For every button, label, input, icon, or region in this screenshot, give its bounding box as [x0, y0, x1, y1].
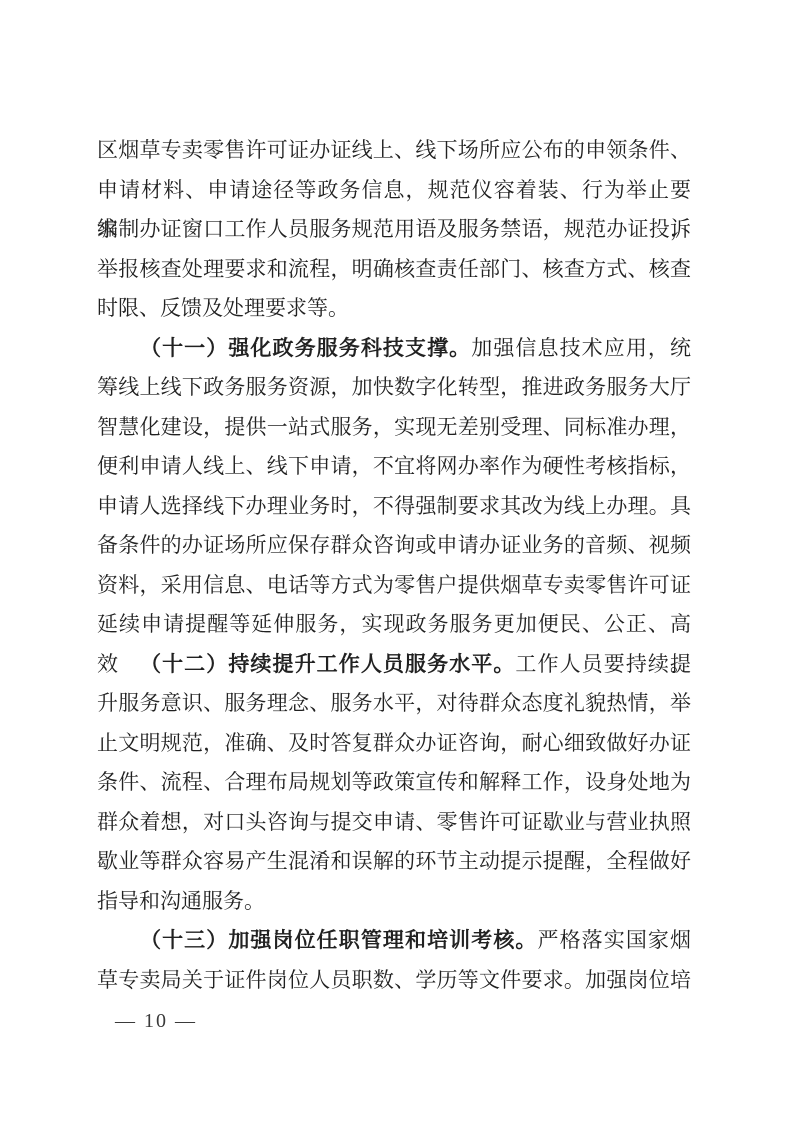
text-line-1: 区烟草专卖零售许可证办证线上、线下场所应公布的申领条件、 — [97, 131, 691, 171]
text-line-22: 草专卖局关于证件岗位人员职数、学历等文件要求。加强岗位培 — [97, 961, 691, 1001]
text-line-5: 时限、反馈及处理要求等。 — [97, 289, 691, 329]
line-text: 指导和沟通服务。 — [97, 889, 265, 913]
line-text: 工作人员要持续提 — [515, 652, 691, 676]
line-text: 申请人选择线下办理业务时，不得强制要求其改为线上办理。具 — [97, 494, 691, 518]
line-text: 歇业等群众容易产生混淆和误解的环节主动提示提醒，全程做好 — [97, 849, 691, 873]
page-number: — 10 — — [115, 1010, 197, 1033]
line-text: 时限、反馈及处理要求等。 — [97, 296, 349, 320]
line-text: 便利申请人线上、线下申请，不宜将网办率作为硬性考核指标， — [97, 454, 691, 478]
line-text: 止文明规范，准确、及时答复群众办证咨询，耐心细致做好办证 — [97, 731, 691, 755]
clause-heading: （十一）强化政务服务科技支撑。 — [140, 336, 471, 360]
text-line-8: 智慧化建设，提供一站式服务，实现无差别受理、同标准办理， — [97, 408, 691, 448]
text-line-2: 申请材料、申请途径等政务信息，规范仪容着装、行为举止要求， — [97, 171, 691, 211]
document-body: 区烟草专卖零售许可证办证线上、线下场所应公布的申领条件、申请材料、申请途径等政务… — [97, 131, 691, 1000]
line-text: 智慧化建设，提供一站式服务，实现无差别受理、同标准办理， — [97, 415, 691, 439]
text-line-19: 歇业等群众容易产生混淆和误解的环节主动提示提醒，全程做好 — [97, 842, 691, 882]
text-line-6: （十一）强化政务服务科技支撑。加强信息技术应用，统 — [97, 329, 691, 369]
line-text: 资料，采用信息、电话等方式为零售户提供烟草专卖零售许可证 — [97, 573, 691, 597]
line-text: 群众着想，对口头咨询与提交申请、零售许可证歇业与营业执照 — [97, 810, 691, 834]
line-text: 编制办证窗口工作人员服务规范用语及服务禁语，规范办证投诉 — [97, 217, 691, 241]
text-line-21: （十三）加强岗位任职管理和培训考核。严格落实国家烟 — [97, 921, 691, 961]
line-text: 条件、流程、合理布局规划等政策宣传和解释工作，设身处地为 — [97, 770, 691, 794]
text-line-3: 编制办证窗口工作人员服务规范用语及服务禁语，规范办证投诉 — [97, 210, 691, 250]
text-line-9: 便利申请人线上、线下申请，不宜将网办率作为硬性考核指标， — [97, 447, 691, 487]
line-text: 区烟草专卖零售许可证办证线上、线下场所应公布的申领条件、 — [97, 138, 691, 162]
clause-heading: （十三）加强岗位任职管理和培训考核。 — [140, 928, 538, 952]
text-line-10: 申请人选择线下办理业务时，不得强制要求其改为线上办理。具 — [97, 487, 691, 527]
text-line-18: 群众着想，对口头咨询与提交申请、零售许可证歇业与营业执照 — [97, 803, 691, 843]
text-line-20: 指导和沟通服务。 — [97, 882, 691, 922]
line-text: 筹线上线下政务服务资源，加快数字化转型，推进政务服务大厅 — [97, 375, 691, 399]
line-text: 备条件的办证场所应保存群众咨询或申请办证业务的音频、视频 — [97, 533, 691, 557]
text-line-7: 筹线上线下政务服务资源，加快数字化转型，推进政务服务大厅 — [97, 368, 691, 408]
text-line-15: 升服务意识、服务理念、服务水平，对待群众态度礼貌热情，举 — [97, 684, 691, 724]
line-text: 草专卖局关于证件岗位人员职数、学历等文件要求。加强岗位培 — [97, 968, 691, 992]
line-text: 升服务意识、服务理念、服务水平，对待群众态度礼貌热情，举 — [97, 691, 691, 715]
clause-heading: （十二）持续提升工作人员服务水平。 — [140, 652, 515, 676]
text-line-4: 举报核查处理要求和流程，明确核查责任部门、核查方式、核查 — [97, 250, 691, 290]
text-line-14: （十二）持续提升工作人员服务水平。工作人员要持续提 — [97, 645, 691, 685]
text-line-13: 延续申请提醒等延伸服务，实现政务服务更加便民、公正、高效。 — [97, 605, 691, 645]
document-page: 区烟草专卖零售许可证办证线上、线下场所应公布的申领条件、申请材料、申请途径等政务… — [0, 0, 793, 1122]
text-line-16: 止文明规范，准确、及时答复群众办证咨询，耐心细致做好办证 — [97, 724, 691, 764]
line-text: 严格落实国家烟 — [538, 928, 692, 952]
text-line-12: 资料，采用信息、电话等方式为零售户提供烟草专卖零售许可证 — [97, 566, 691, 606]
line-text: 加强信息技术应用，统 — [471, 336, 691, 360]
line-text: 举报核查处理要求和流程，明确核查责任部门、核查方式、核查 — [97, 257, 691, 281]
text-line-17: 条件、流程、合理布局规划等政策宣传和解释工作，设身处地为 — [97, 763, 691, 803]
text-line-11: 备条件的办证场所应保存群众咨询或申请办证业务的音频、视频 — [97, 526, 691, 566]
